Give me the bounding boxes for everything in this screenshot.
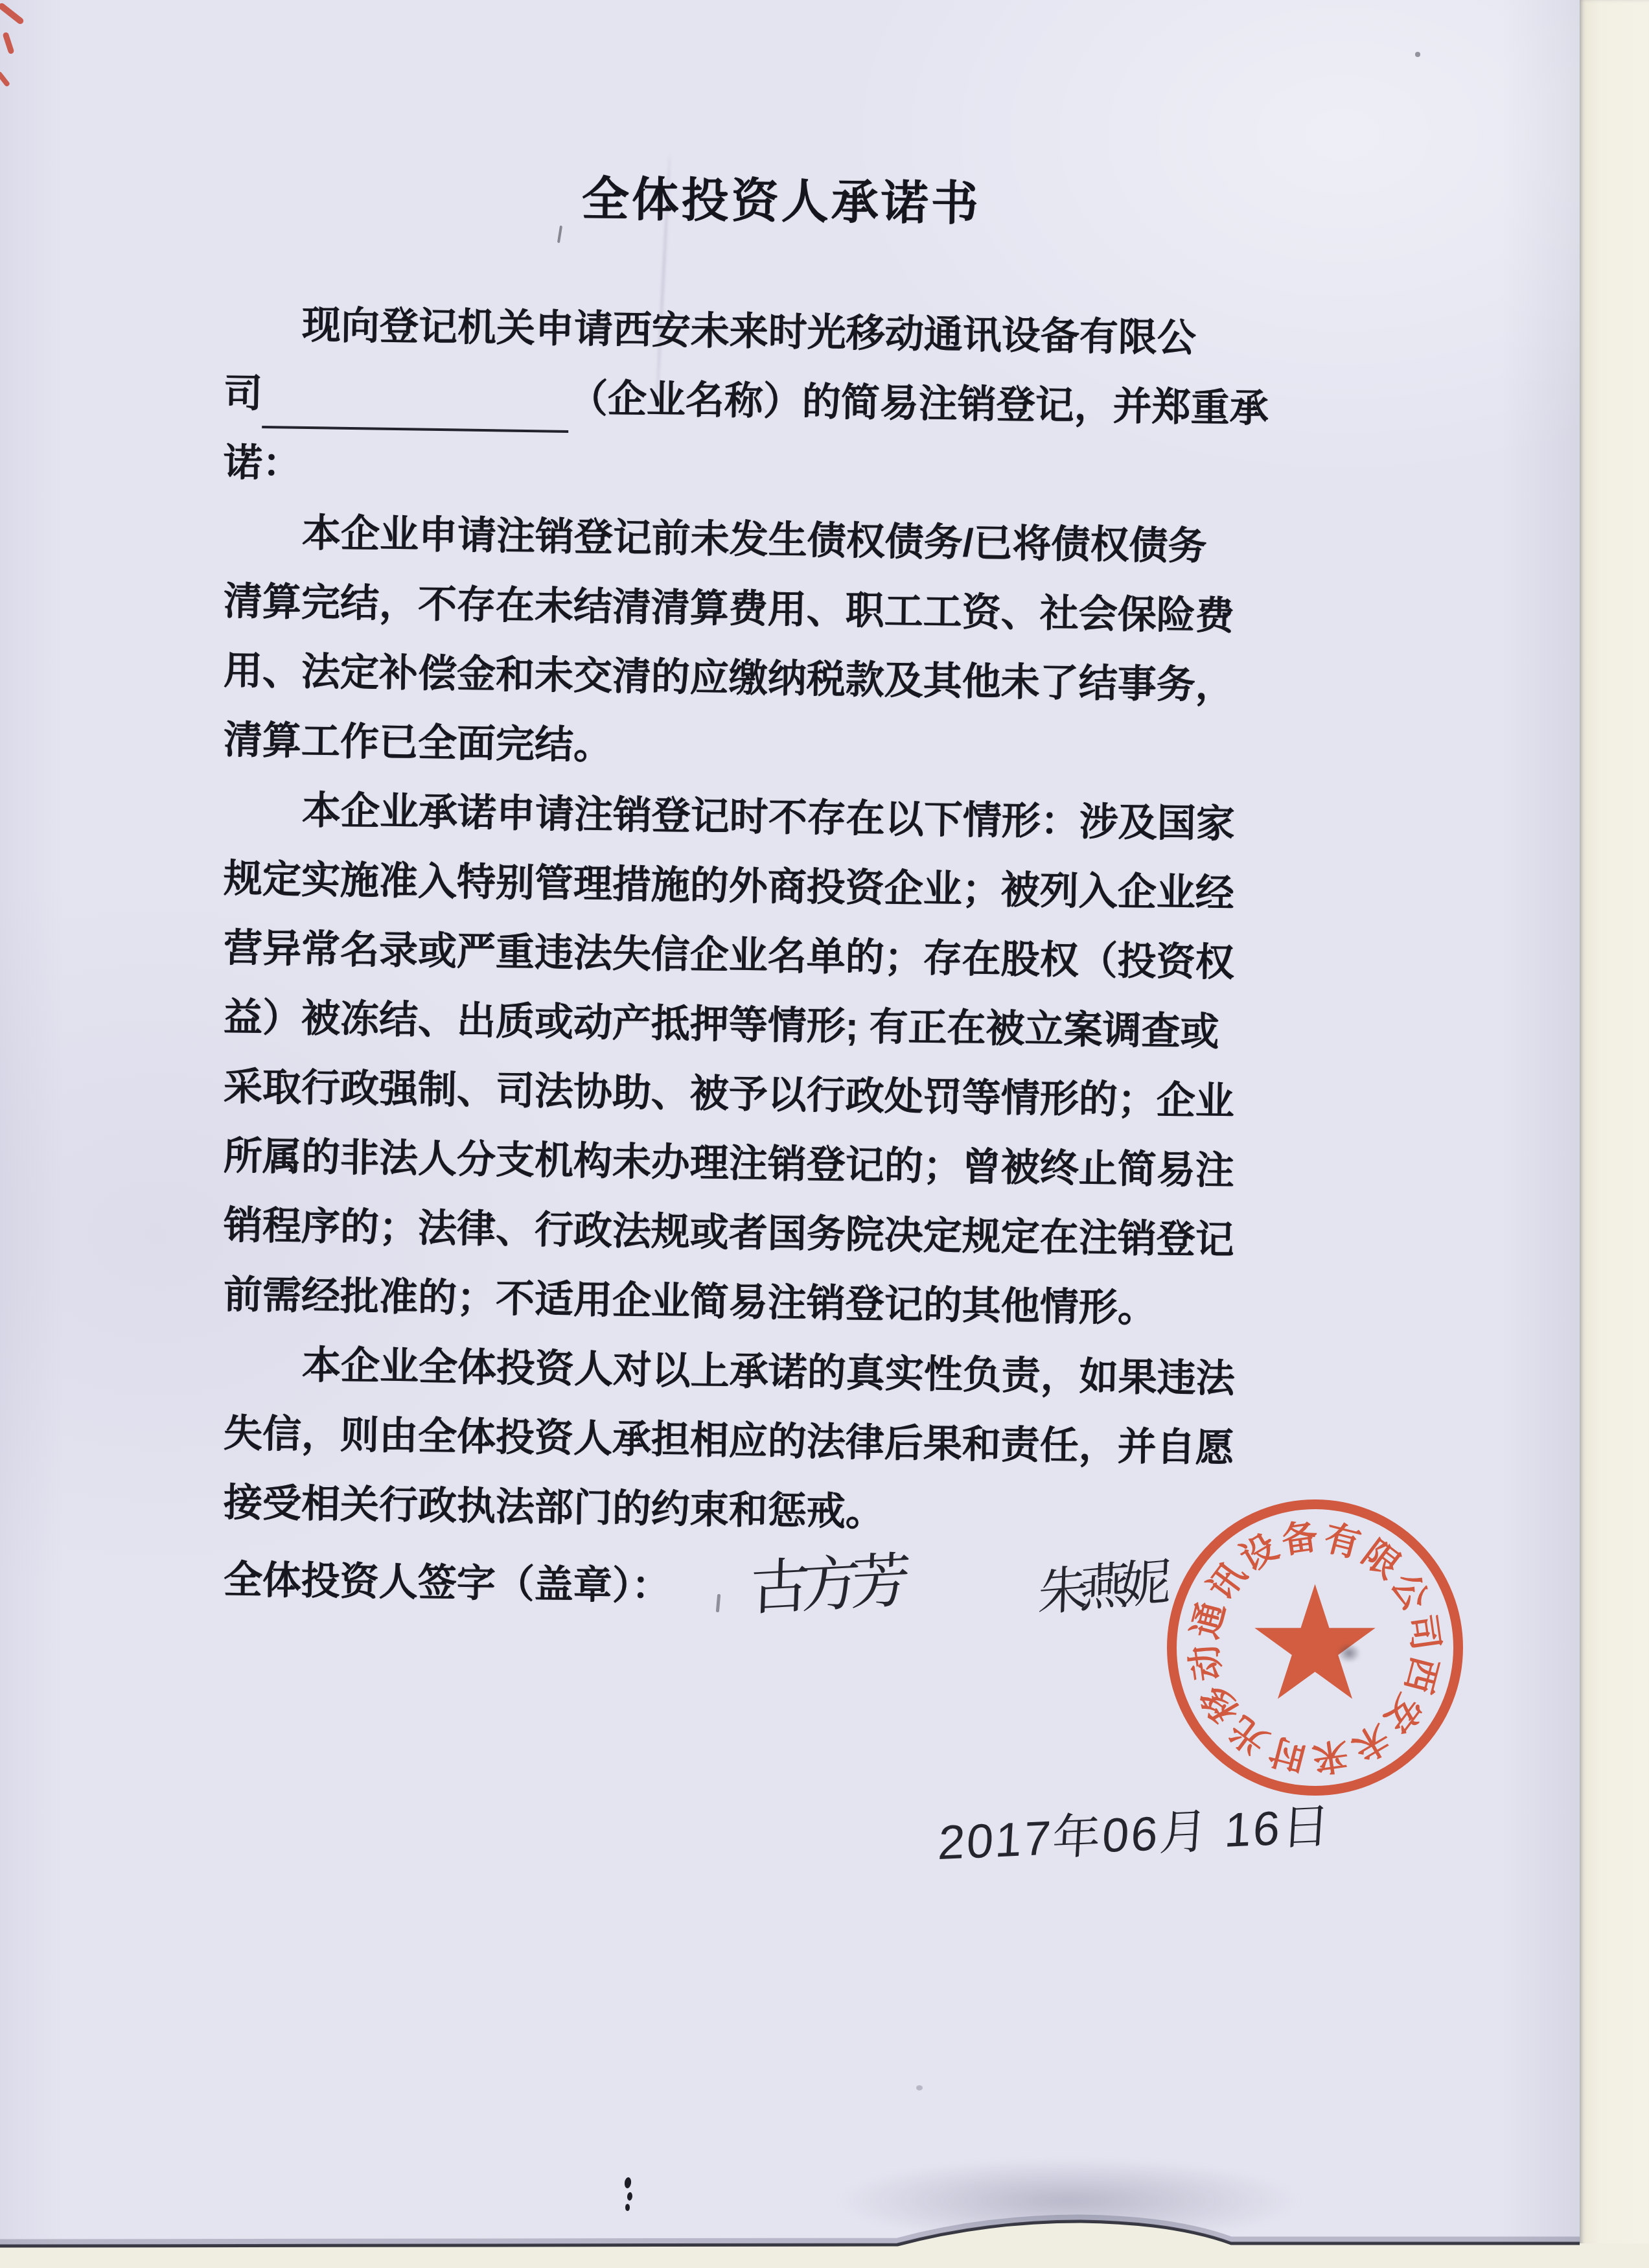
seal-char: 来 (1310, 1734, 1351, 1779)
seal-char: 备 (1279, 1516, 1320, 1561)
ink-smudge (1337, 1643, 1361, 1663)
body-line: 接受相关行政执法部门的约束和惩戒。 (223, 1468, 1244, 1552)
signature-label: 全体投资人签字（盖章）： (223, 1549, 671, 1611)
seal-char: 时 (1265, 1730, 1310, 1778)
seal-char: 动 (1184, 1643, 1228, 1684)
body-line-prefix: 司 (224, 371, 263, 415)
company-name-blank-underline (262, 386, 569, 433)
paper-edge-shadow (0, 2217, 1580, 2242)
seal-char: 司 (1401, 1612, 1446, 1652)
paper-bottom-edge (0, 2203, 1649, 2268)
ink-dot (627, 2192, 632, 2201)
handwritten-signature-1: 古方芳 (749, 1533, 903, 1627)
scanned-paper: 全体投资人承诺书 现向登记机关申请西安未来时光移动通讯设备有限公 司（企业名称）… (0, 0, 1580, 2245)
seal-star-icon (1254, 1584, 1375, 1699)
pen-tick-mark (557, 226, 562, 243)
pen-tick-mark (716, 1594, 721, 1612)
red-edge-mark (2, 32, 14, 54)
red-edge-mark (0, 71, 10, 87)
handwritten-date: 2017年06月 16日 (936, 1788, 1334, 1874)
body-line-suffix: （企业名称）的简易注销登记，并郑重承 (568, 376, 1269, 430)
scanned-document-page: { "page": { "type": "scanned paper docum… (0, 0, 1649, 2268)
dust-speck (916, 2085, 923, 2090)
seal-char: 有 (1320, 1517, 1365, 1565)
handwritten-signature-2: 朱燕妮 (1037, 1542, 1163, 1626)
seal-char: 通 (1184, 1598, 1232, 1643)
scanner-background-right (1580, 0, 1649, 2268)
red-edge-mark (0, 2, 25, 25)
company-seal-stamp: 西 安 未 来 时 光 移 动 通 讯 设 备 有 限 公 司 (1161, 1494, 1469, 1801)
ink-dot (624, 2177, 632, 2188)
dust-speck (1415, 52, 1420, 57)
seal-char: 西 (1398, 1653, 1446, 1698)
document-title: 全体投资人承诺书 (581, 161, 981, 234)
document-body: 现向登记机关申请西安未来时光移动通讯设备有限公 司（企业名称）的简易注销登记，并… (224, 289, 1244, 1537)
